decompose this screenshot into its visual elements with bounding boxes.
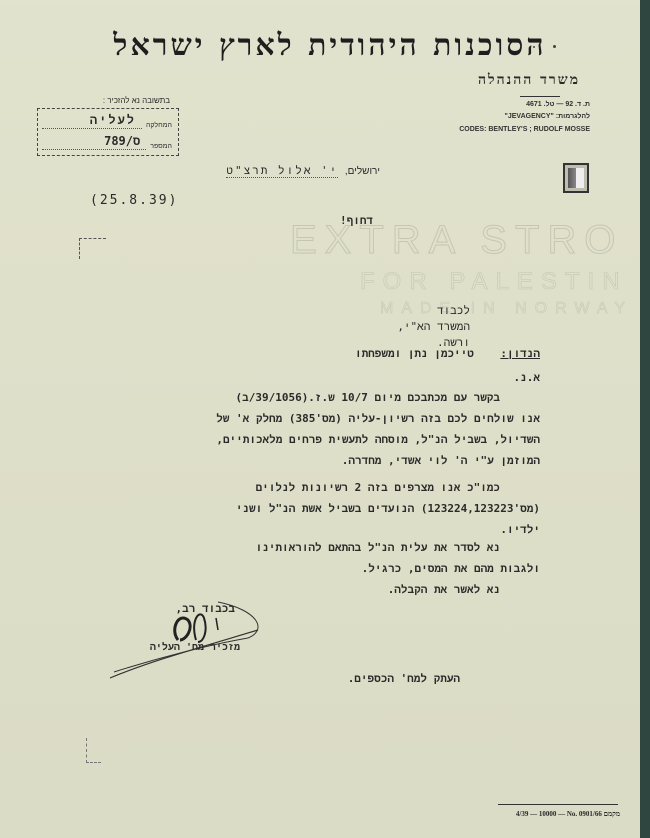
- recipient-address: לכבוד המשרד הא"י, ורשה.: [380, 303, 470, 351]
- body-line: ולגבות מהם את המסים, כרגיל.: [60, 558, 540, 579]
- hebrew-date: י' אלול תרצ"ט: [226, 164, 338, 178]
- number-label: המספר: [150, 143, 172, 150]
- divider: [498, 804, 618, 805]
- body-paragraph-3: נא לסדר את עלית הנ"ל בהתאם להוראותינו ול…: [60, 537, 540, 600]
- place-label: ירושלים,: [345, 166, 380, 177]
- body-line: אנו שולחים לכם בזה רשיון-עליה (מס'385) מ…: [60, 408, 540, 429]
- body-line: המוזמן ע"י ה' לוי אשדי, מחדרה.: [60, 450, 540, 471]
- gregorian-date: (25.8.39): [90, 193, 178, 208]
- subject-label: הנדון:: [500, 347, 540, 360]
- body-paragraph-1: בקשר עם מכתבכם מיום 10/7 ש.ז.(39/1056/ב)…: [60, 387, 540, 471]
- salutation: א.נ.: [470, 371, 540, 385]
- copy-note: העתק למח' הכספים.: [300, 672, 460, 686]
- number-row: המספר ס/789: [42, 134, 172, 150]
- body-line: נא לסדר את עלית הנ"ל בהתאם להוראותינו: [60, 537, 540, 558]
- date-line: ירושלים, י' אלול תרצ"ט: [120, 164, 380, 178]
- letter-page: הסוכנות היהודית לארץ ישראל משרד ההנהלה ת…: [0, 0, 640, 838]
- body-line: (מס'123224,123223) הנועדים בשביל אשת הנ"…: [60, 498, 540, 519]
- letterhead-telegraph: להלגרמות: "JEVAGENCY": [430, 113, 590, 120]
- print-run-footer: 4/39 — 10000 — No. 0901/66 מקמם: [470, 810, 620, 818]
- signer-title: מזכיר מח' העליה: [130, 642, 240, 654]
- letterhead-organization: הסוכנות היהודית לארץ ישראל: [110, 28, 550, 63]
- decorative-dot: [533, 46, 535, 48]
- body-line: השדיול, בשביל הנ"ל, מוסחה לתעשית פרחים מ…: [60, 429, 540, 450]
- subject-line: הנדון: טייכמן נתן ומשפחתו: [120, 347, 540, 361]
- body-paragraph-2: כמו"כ אנו מצרפים בזה 2 רשיונות לנלוים (מ…: [60, 477, 540, 540]
- body-line: בקשר עם מכתבכם מיום 10/7 ש.ז.(39/1056/ב): [60, 387, 540, 408]
- body-line: כמו"כ אנו מצרפים בזה 2 רשיונות לנלוים: [60, 477, 540, 498]
- subject-text: טייכמן נתן ומשפחתו: [355, 347, 474, 360]
- body-line: נא לאשר את הקבלה.: [60, 579, 540, 600]
- urgent-label: דחוף!: [340, 214, 373, 228]
- department-value: לעליה: [42, 113, 142, 129]
- fold-mark: [86, 738, 101, 763]
- department-label: המחלקה: [146, 122, 172, 129]
- recipient-line: המשרד הא"י,: [380, 319, 470, 335]
- lighthouse-emblem-icon: [563, 163, 589, 193]
- fold-mark: [79, 238, 106, 259]
- number-value: ס/789: [42, 134, 146, 150]
- reference-box: המחלקה לעליה המספר ס/789: [37, 108, 179, 156]
- letterhead-office: משרד ההנהלה: [470, 72, 580, 89]
- divider: [520, 96, 560, 97]
- decorative-dot: [553, 45, 556, 48]
- letterhead-codes: CODES: BENTLEY'S ; RUDOLF MOSSE: [430, 126, 590, 133]
- department-row: המחלקה לעליה: [42, 113, 172, 129]
- reply-reference-note: בתשובה נא להזכיר :: [40, 96, 170, 105]
- handwritten-signature: [108, 600, 268, 680]
- scan-edge: [640, 0, 650, 838]
- watermark-line-2: FOR PALESTIN: [360, 268, 628, 296]
- letterhead-po-phone: ת. ד. 92 — טל. 4671: [430, 101, 590, 108]
- recipient-line: לכבוד: [380, 303, 470, 319]
